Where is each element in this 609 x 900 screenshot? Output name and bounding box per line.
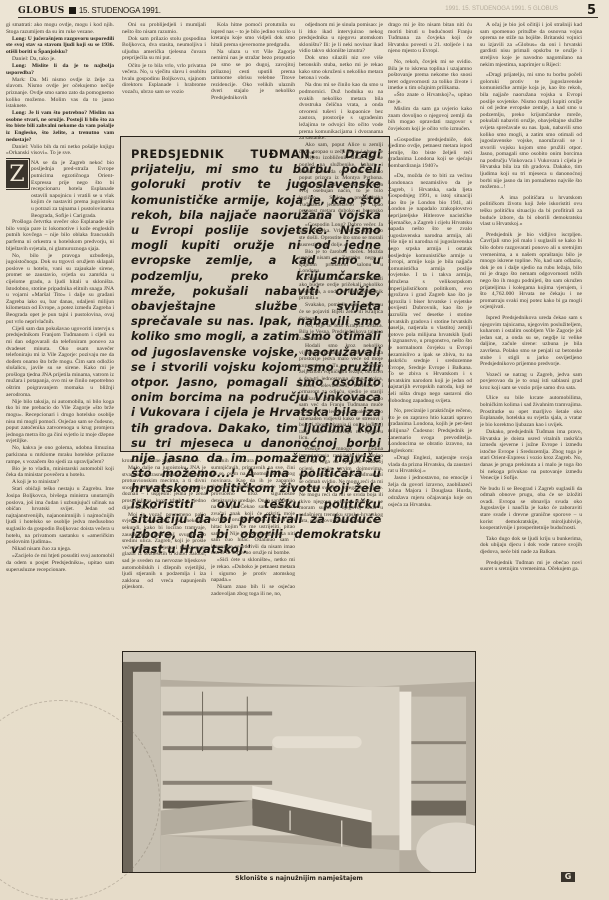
pull-quote-speaker: PREDSJEDNIK TUĐMAN: [131, 147, 316, 161]
paragraph: »Gospodine predsjedniče, dok sjedimo ovd… [388, 137, 472, 170]
paragraph: »Da, možda će to biti za većinu Londonac… [388, 173, 472, 404]
paragraph: gi smatrati: ako mogu ovdje, mogu i kod … [6, 22, 114, 35]
shelter-room-image [123, 652, 475, 872]
photo-caption: Sklonište s najnužnijim namještajem [122, 875, 476, 882]
paragraph: Ulice su bile krcate automobilima, bolni… [480, 395, 582, 428]
paragraph: Mislim da sam ga uvjerio kako znam dovol… [388, 106, 472, 132]
paragraph: Očito je to bila vrlo, vrlo privatna več… [122, 63, 206, 96]
drop-cap: Z [6, 160, 28, 188]
column-2-bottom: kroz crne, prazne zagrebačke ulice. Malo… [122, 458, 206, 646]
paragraph: »Zacijelo će mi htjeti posuditi svoj aut… [6, 553, 114, 573]
interview-answer: Daniel: Da, tako je. [6, 56, 114, 63]
paragraph: Na ulazu u vrt Vile Zagorje nemirni nas … [211, 49, 295, 102]
paragraph: Poslije mnogo godina intervjuiranja razl… [299, 446, 383, 525]
interview-answer: Mark: Da. Mi nismo ovdje iz želje za sla… [6, 77, 114, 110]
paragraph: Oni su problijedjeli i mumljali nešto št… [122, 22, 206, 35]
paragraph: Vozeći se natrag u Zagreb, jedva sam pov… [480, 372, 582, 392]
bunker-photo [122, 651, 476, 873]
paragraph: Cijeli sam dan pokušavao ugovoriti inter… [6, 326, 114, 399]
paragraph: »Dragi Englezi, natjerajte svoja vlada d… [388, 455, 472, 475]
opening-paragraph: NA se da je Zagreb nekoć bio posljednja … [31, 160, 114, 219]
column-2-top: Oni su problijedjeli i mumljali nešto št… [122, 22, 206, 132]
article-opening: Z NA se da je Zagreb nekoć bio posljednj… [6, 160, 114, 219]
paragraph: A očaj je bio još očitiji i još strašnij… [480, 22, 582, 68]
paragraph: Bio je to vladin, ministarski automobil … [6, 466, 114, 479]
article-end-mark-icon: G [561, 872, 575, 882]
paragraph: Malo dalje na jugoistoku, JNA je stvaral… [122, 465, 206, 511]
paragraph: »Sići ćete u sklonište«, netko mi je rek… [211, 557, 295, 583]
paragraph: Hodali smo kroz nekoliko vijugastih hodn… [299, 343, 383, 442]
paragraph: Stari običaji teško nestaju u Zagrebu. I… [6, 486, 114, 545]
interview-question: Long: U jučerašnjem razgovoru usporedili… [6, 36, 114, 56]
paragraph: Na dnu mi se činilo kao da smo u podmorn… [299, 82, 383, 141]
paragraph: Dok smo silazili niz sve više betonskih … [299, 55, 383, 81]
paragraph: kroz crne, prazne zagrebačke ulice. [122, 458, 206, 465]
issue-date: 15. STUDENOGA 1991. [79, 6, 161, 15]
paragraph: No, bilo je pravoga uzbuđenja, jugoistoč… [6, 253, 114, 326]
column-4: odjednom mi je sinula pomisao: je li itk… [299, 22, 383, 646]
page-number: 5 [587, 3, 596, 18]
interview-question: Long: Mislite li da je to najbolja uspor… [6, 63, 114, 76]
paragraph: No, preciznije i praktičnije rečeno, što… [388, 408, 472, 454]
paragraph: Nije bilo taksija, ni automobila, ni bil… [6, 399, 114, 445]
publication-name: GLOBUS [18, 6, 65, 16]
paragraph: Nikad nisam čuo za njega. [6, 546, 114, 553]
column-3-top: Kola hitne pomoći protutnila su ispred n… [211, 22, 295, 132]
column-1: gi smatrati: ako mogu ovdje, mogu i kod … [6, 22, 114, 898]
paragraph: Dok sam prilazio stolu gospodina Boljkov… [122, 36, 206, 62]
paragraph: A koji je to ministar? [6, 479, 114, 486]
paragraph: Dakako, predsjednik Tuđman ima pravo, Hr… [480, 429, 582, 482]
paragraph: Moj je vozač povremeno palio svjetla, sv… [122, 512, 206, 591]
paragraph: osobnih čuvara – oprezni, sumnjičavih, p… [211, 458, 295, 557]
page-header: GLOBUS 15. STUDENOGA 1991. 1991. 15. STU… [18, 4, 598, 18]
column-3-bottom: osobnih čuvara – oprezni, sumnjičavih, p… [211, 458, 295, 646]
paragraph: »Dragi prijatelju, mi smo tu borbu počel… [480, 72, 582, 191]
paragraph: No, nije to bila Kraljica Srdaca. Bila j… [299, 323, 383, 343]
paragraph: »Gospodin Long? Dobro večer. Ja sam Zdra… [299, 222, 383, 248]
paragraph: Bio je to čaroban doček. Možda uopće nis… [299, 249, 383, 275]
paragraph: »Nadam se da vas neće smetati ako budete… [299, 276, 383, 302]
paragraph: »Što znate o Hrvatskoj?«, upitao me je. [388, 92, 472, 105]
paragraph: Nisam znao bih li se osjećao zadovoljan … [211, 584, 295, 597]
paragraph: Ispred Predsjednikova ureda čekao sam s … [480, 315, 582, 368]
bleed-through-text: 1991. 15. STUDENOGA 1991. 5 GLOBUS [445, 6, 558, 12]
interview-question: Long: Je li vam što potrebno? Mislim na … [6, 110, 114, 143]
square-bullet-icon [69, 7, 76, 14]
paragraph: Ne budu li se Beograd i Zagreb suglasili… [480, 486, 582, 532]
paragraph: No, kakva je ono golema, udobna limuzina… [6, 445, 114, 465]
paragraph: Jasno i jednostavno, no emocije i želja … [388, 475, 472, 508]
paragraph: Ako sam, poput Alice u zemlji čuda, prop… [299, 142, 383, 221]
paragraph: No, rekoh, čovjek mi se svidio. Bila je … [388, 59, 472, 92]
paragraph: Predsjednik je bio vidljivo iscrpljen. Č… [480, 232, 582, 311]
paragraph: Predsjednik Tuđman mi je obećao novi sus… [480, 560, 582, 573]
interview-answer: Daniel: Volio bih da mi netko pošalje kn… [6, 144, 114, 157]
paragraph: Svakako, pomislio sam, i u trenu će se p… [299, 302, 383, 322]
column-6: A očaj je bio još očitiji i još strašnij… [480, 22, 582, 868]
paragraph: A ima političara u hrvatskom političkom … [480, 195, 582, 228]
column-5: drago mi je što nisam bitan niti ću mori… [388, 22, 472, 646]
paragraph: Tako dugo dok se ljudi kriju u bunkerima… [480, 536, 582, 556]
paragraph: odjednom mi je sinula pomisao: je li itk… [299, 22, 383, 55]
paragraph: drago mi je što nisam bitan niti ću mori… [388, 22, 472, 55]
newspaper-page: GLOBUS 15. STUDENOGA 1991. 1991. 15. STU… [0, 0, 609, 900]
paragraph: Prošloga četvrtka uvečer oko Esplanade n… [6, 219, 114, 252]
paragraph: Kola hitne pomoći protutnila su ispred n… [211, 22, 295, 48]
